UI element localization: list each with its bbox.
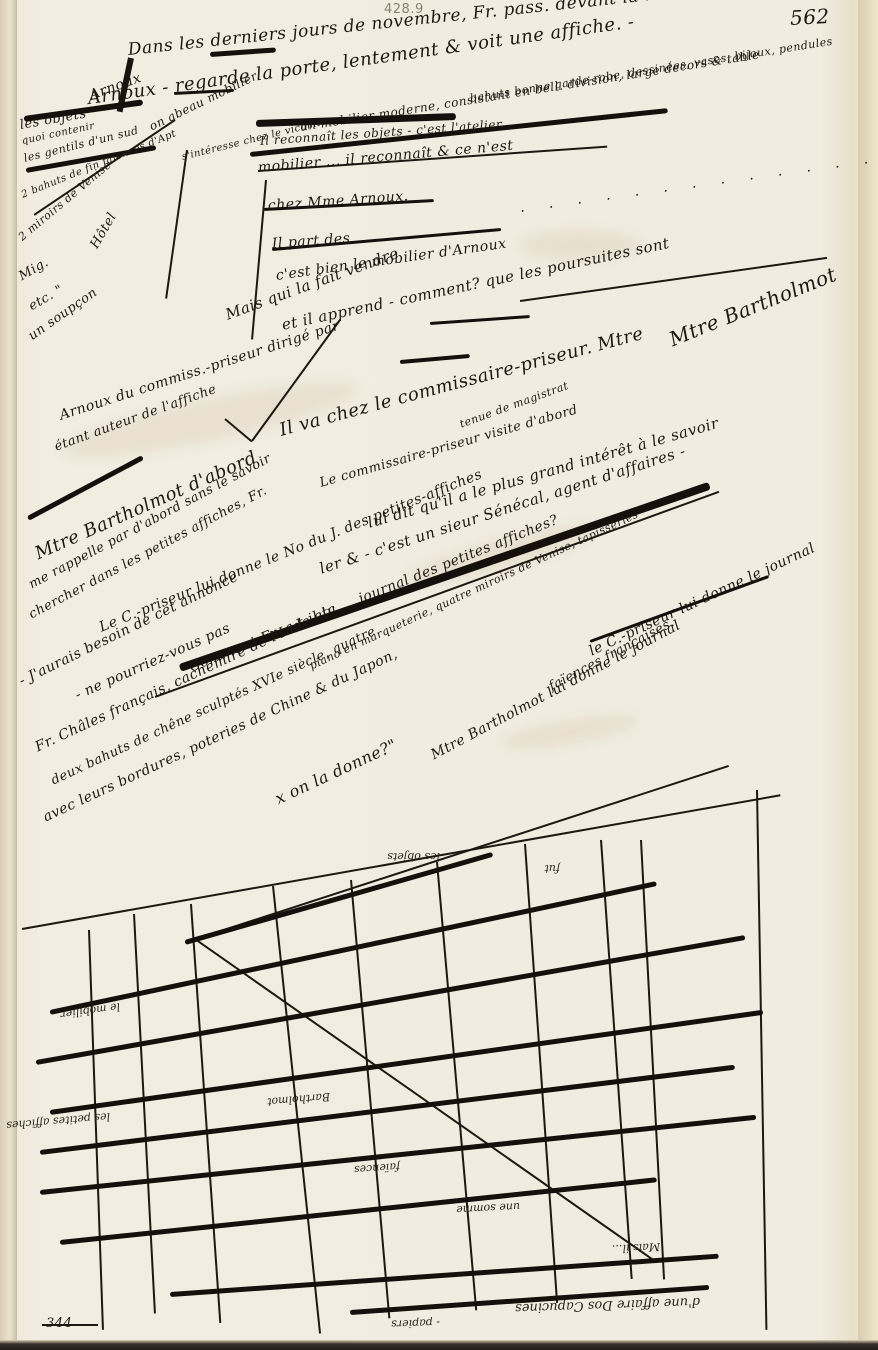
page-binding (0, 0, 17, 1343)
inverted-fragment: Mais il... (612, 1240, 661, 1255)
text-line: lui dit qu'il a le plus grand intérêt à … (366, 414, 721, 532)
dotted-ellipsis: . . . . . . . . . . . . . (519, 150, 878, 216)
text-line: Fr. Châles français, cachemire de l'Inde… (33, 599, 344, 755)
manuscript-page: 428.9 562 Dans les derniers jours de nov… (0, 0, 878, 1343)
grid-vline (190, 904, 221, 1323)
inverted-fragment: fut (544, 862, 560, 875)
grid-diagonal (195, 938, 655, 1260)
grid-strike (36, 935, 746, 1065)
folio-number: 562 (789, 4, 830, 30)
grid-strike (184, 852, 493, 945)
grid-border-right (756, 790, 767, 1330)
inverted-fragment: Bartholmot (267, 1090, 331, 1108)
margin-note: Mig. (16, 255, 51, 284)
page-bottom-edge (0, 1340, 878, 1350)
strikethrough (430, 315, 530, 325)
margin-note: Hôtel (88, 210, 120, 251)
inverted-fragment: les objets (387, 850, 440, 863)
inverted-fragment: une somme (456, 1200, 520, 1216)
strikethrough (42, 1324, 98, 1326)
inverted-fragment: - papiers (391, 1316, 440, 1331)
page-edge (858, 0, 878, 1343)
strikethrough (400, 354, 470, 364)
bracket-stroke (251, 180, 267, 340)
grid-vline (88, 930, 104, 1330)
grid-strike (50, 1010, 764, 1115)
grid-vline (640, 840, 665, 1279)
bracket-stroke (165, 150, 188, 299)
inverted-fragment: faïences (354, 1160, 401, 1176)
grid-vline (133, 914, 156, 1314)
grid-vline (600, 840, 632, 1279)
text-line: x on la donne?" (272, 735, 400, 808)
